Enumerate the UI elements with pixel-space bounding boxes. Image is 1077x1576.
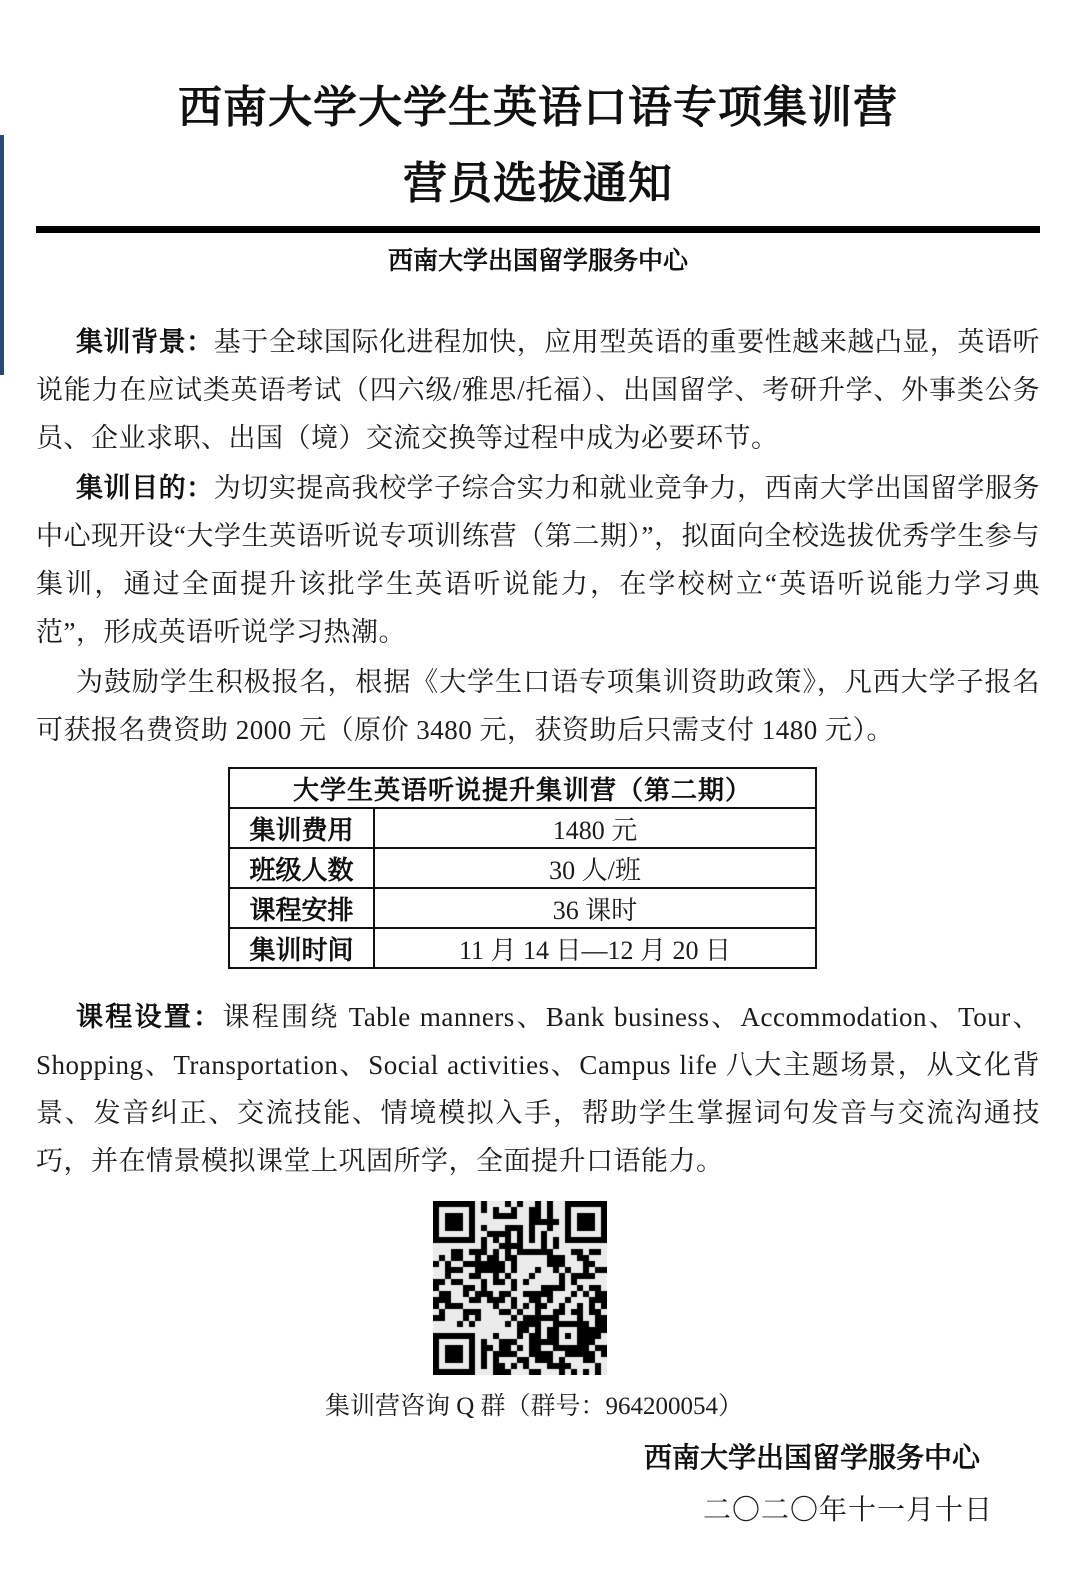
row-label-time: 集训时间 [229, 928, 374, 968]
qq-group-qr-code [433, 1201, 607, 1375]
table-row: 集训时间 11 月 14 日—12 月 20 日 [229, 928, 816, 968]
purpose-label: 集训目的： [76, 473, 214, 503]
curriculum-paragraph: 课程设置：课程围绕 Table manners、Bank business、Ac… [36, 993, 1040, 1185]
row-label-class-size: 班级人数 [229, 848, 374, 888]
row-label-schedule: 课程安排 [229, 888, 374, 928]
camp-info-table: 大学生英语听说提升集训营（第二期） 集训费用 1480 元 班级人数 30 人/… [228, 767, 817, 969]
left-accent-strip [0, 135, 4, 375]
signature-date: 二〇二〇年十一月十日 [36, 1494, 1040, 1528]
row-value-fee: 1480 元 [374, 808, 816, 848]
subsidy-text: 为鼓励学生积极报名，根据《大学生口语专项集训资助政策》，凡西大学子报名可获报名费… [36, 667, 1040, 745]
table-row: 班级人数 30 人/班 [229, 848, 816, 888]
row-value-time: 11 月 14 日—12 月 20 日 [374, 928, 816, 968]
notice-document-page: 西南大学大学生英语口语专项集训营 营员选拔通知 西南大学出国留学服务中心 集训背… [0, 0, 1077, 1576]
issuing-center-name: 西南大学出国留学服务中心 [36, 246, 1040, 277]
background-paragraph: 集训背景：基于全球国际化进程加快，应用型英语的重要性越来越凸显，英语听说能力在应… [36, 318, 1040, 462]
row-label-fee: 集训费用 [229, 808, 374, 848]
subsidy-paragraph: 为鼓励学生积极报名，根据《大学生口语专项集训资助政策》，凡西大学子报名可获报名费… [36, 658, 1040, 754]
body-text-block: 集训背景：基于全球国际化进程加快，应用型英语的重要性越来越凸显，英语听说能力在应… [36, 318, 1040, 1528]
row-value-schedule: 36 课时 [374, 888, 816, 928]
table-title: 大学生英语听说提升集训营（第二期） [229, 768, 816, 808]
curriculum-label: 课程设置： [76, 1002, 222, 1032]
table-row: 集训费用 1480 元 [229, 808, 816, 848]
document-content: 西南大学大学生英语口语专项集训营 营员选拔通知 西南大学出国留学服务中心 集训背… [0, 0, 1077, 1528]
purpose-paragraph: 集训目的：为切实提高我校学子综合实力和就业竞争力，西南大学出国留学服务中心现开设… [36, 464, 1040, 656]
qq-group-line: 集训营咨询 Q 群（群号：964200054） [325, 1390, 1040, 1424]
document-title-line1: 西南大学大学生英语口语专项集训营 [178, 83, 898, 132]
document-title-line2: 营员选拔通知 [403, 159, 673, 208]
background-label: 集训背景： [76, 327, 214, 357]
row-value-class-size: 30 人/班 [374, 848, 816, 888]
table-row: 课程安排 36 课时 [229, 888, 816, 928]
signature-name: 西南大学出国留学服务中心 [36, 1442, 1040, 1476]
document-title: 西南大学大学生英语口语专项集训营 营员选拔通知 [36, 0, 1040, 222]
title-divider [36, 226, 1040, 233]
table-title-row: 大学生英语听说提升集训营（第二期） [229, 768, 816, 808]
